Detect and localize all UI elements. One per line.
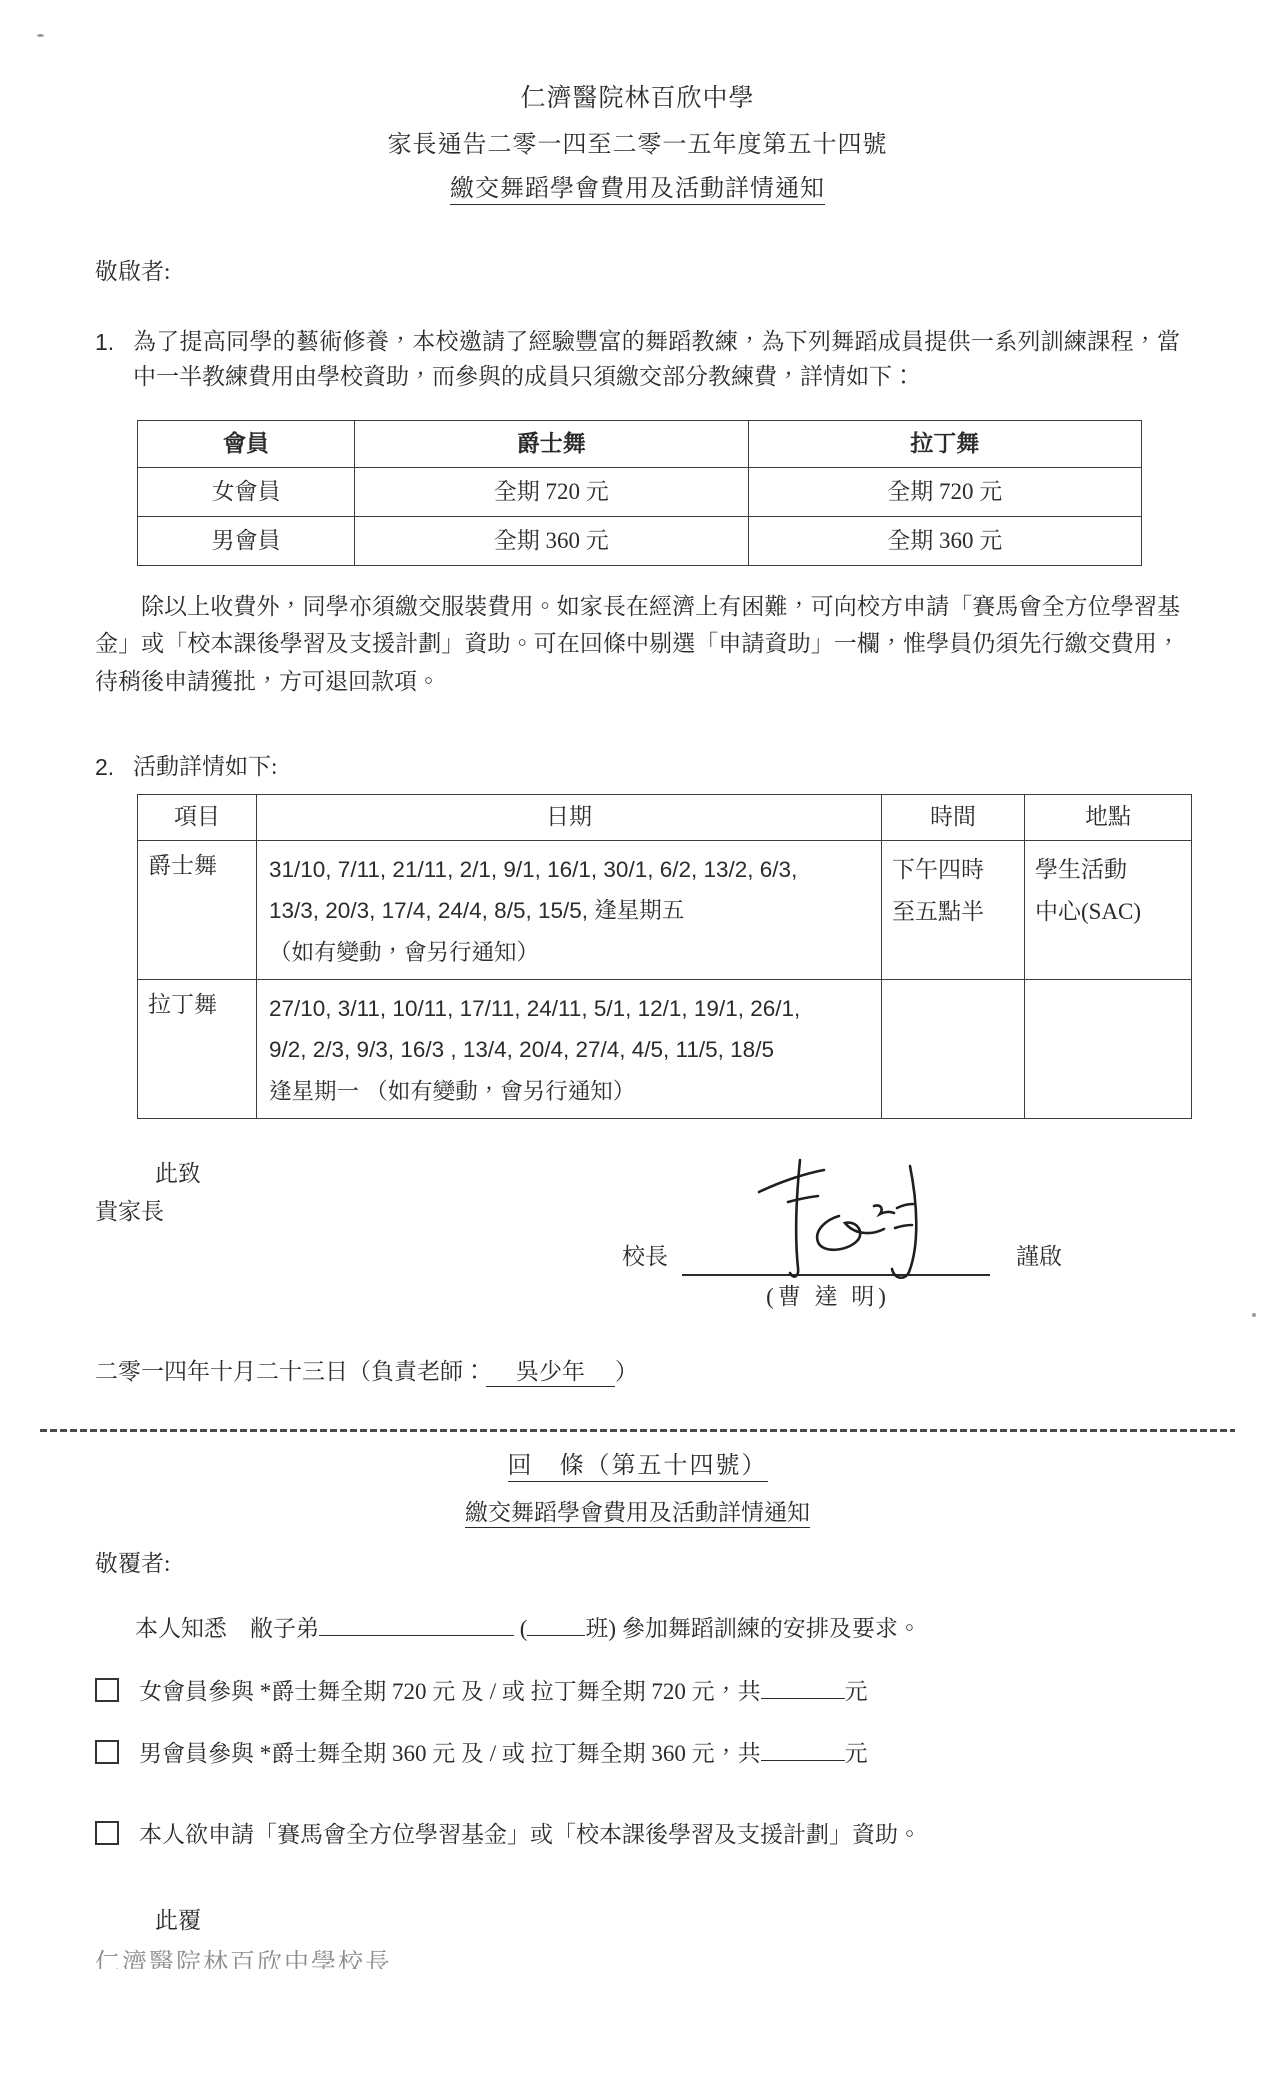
notice-document: 仁濟醫院林百欣中學 家長通告二零一四至二零一五年度第五十四號 繳交舞蹈學會費用及… (0, 0, 1274, 1969)
fee-table-header-row: 會員 爵士舞 拉丁舞 (138, 421, 1142, 468)
acknowledge-suffix: 參加舞蹈訓練的安排及要求。 (616, 1616, 921, 1641)
item-1-number: 1. (95, 325, 133, 394)
schedule-venue (1025, 979, 1192, 1118)
signature-row: 校長 謹啟 (622, 1240, 1092, 1277)
bottom-cut-off-line: 仁濟醫院林百欣中學校長 (95, 1945, 1180, 1969)
fee-header-jazz: 爵士舞 (355, 421, 749, 468)
schedule-dates: 27/10, 3/11, 10/11, 17/11, 24/11, 5/1, 1… (257, 979, 882, 1118)
scan-artifact (1252, 1313, 1256, 1317)
salutation: 敬啟者: (95, 255, 1180, 290)
list-item-2: 2. 活動詳情如下: (95, 750, 1180, 785)
fee-cell: 全期 720 元 (355, 468, 749, 517)
fee-cell: 男會員 (138, 517, 355, 566)
schedule-header-time: 時間 (882, 795, 1025, 841)
checkbox-label-text: 男會員參與 *爵士舞全期 360 元 及 / 或 拉丁舞全期 360 元，共 (139, 1741, 761, 1766)
checkbox-label-suffix: 元 (845, 1741, 868, 1766)
reply-cifu: 此覆 (155, 1904, 1180, 1939)
fee-cell: 全期 720 元 (748, 468, 1142, 517)
checkbox-row-subsidy: 本人欲申請「賽馬會全方位學習基金」或「校本課後學習及支援計劃」資助。 (95, 1818, 1180, 1853)
schedule-header-venue: 地點 (1025, 795, 1192, 841)
item-1-text: 為了提高同學的藝術修養，本校邀請了經驗豐富的舞蹈教練，為下列舞蹈成員提供一系列訓… (133, 325, 1180, 394)
class-label: 班) (585, 1616, 616, 1641)
checkbox-label: 本人欲申請「賽馬會全方位學習基金」或「校本課後學習及支援計劃」資助。 (139, 1818, 921, 1853)
checkbox-label: 男會員參與 *爵士舞全期 360 元 及 / 或 拉丁舞全期 360 元，共元 (139, 1736, 868, 1772)
class-blank (527, 1611, 585, 1636)
teacher-name-field: 吳少年 (486, 1359, 615, 1387)
schedule-header-row: 項目 日期 時間 地點 (138, 795, 1192, 841)
scan-artifact (37, 34, 44, 37)
item-2-text: 活動詳情如下: (133, 750, 1180, 785)
reply-slip-subject-text: 繳交舞蹈學會費用及活動詳情通知 (465, 1500, 810, 1528)
fee-header-member: 會員 (138, 421, 355, 468)
checkbox-row-female: 女會員參與 *爵士舞全期 720 元 及 / 或 拉丁舞全期 720 元，共元 (95, 1674, 1180, 1710)
schedule-time: 下午四時 至五點半 (882, 840, 1025, 979)
fee-table-row-male: 男會員 全期 360 元 全期 360 元 (138, 517, 1142, 566)
fee-cell: 女會員 (138, 468, 355, 517)
checkbox-label-text: 本人欲申請「賽馬會全方位學習基金」或「校本課後學習及支援計劃」資助。 (139, 1822, 921, 1847)
fee-header-latin: 拉丁舞 (748, 421, 1142, 468)
tear-off-separator (40, 1429, 1235, 1432)
schedule-venue: 學生活動 中心(SAC) (1025, 840, 1192, 979)
signature-block: 校長 謹啟 (曹 達 明) (622, 1240, 1092, 1315)
acknowledge-line: 本人知悉 敝子弟 (班) 參加舞蹈訓練的安排及要求。 (135, 1611, 1180, 1647)
note-paragraph: 除以上收費外，同學亦須繳交服裝費用。如家長在經濟上有困難，可向校方申請「賽馬會全… (95, 588, 1180, 700)
schedule-item: 拉丁舞 (138, 979, 257, 1118)
item-2-number: 2. (95, 750, 133, 785)
fee-table: 會員 爵士舞 拉丁舞 女會員 全期 720 元 全期 720 元 男會員 全期 … (137, 420, 1142, 566)
date-line: 二零一四年十月二十三日（負責老師：吳少年） (95, 1355, 1180, 1390)
reply-slip-title: 回 條（第五十四號） (95, 1448, 1180, 1484)
date-line-prefix: 二零一四年十月二十三日（負責老師： (95, 1359, 486, 1384)
schedule-table: 項目 日期 時間 地點 爵士舞 31/10, 7/11, 21/11, 2/1,… (137, 794, 1192, 1118)
reply-salutation: 敬覆者: (95, 1547, 1180, 1582)
schedule-time (882, 979, 1025, 1118)
schedule-header-item: 項目 (138, 795, 257, 841)
notice-subject: 繳交舞蹈學會費用及活動詳情通知 (95, 171, 1180, 207)
notice-number: 家長通告二零一四至二零一五年度第五十四號 (95, 127, 1180, 163)
schedule-dates: 31/10, 7/11, 21/11, 2/1, 9/1, 16/1, 30/1… (257, 840, 882, 979)
checkbox-label-text: 女會員參與 *爵士舞全期 720 元 及 / 或 拉丁舞全期 720 元，共 (139, 1679, 761, 1704)
principal-name: (曹 達 明) (622, 1280, 1092, 1315)
checkbox-icon (95, 1740, 119, 1764)
reply-slip-subject: 繳交舞蹈學會費用及活動詳情通知 (95, 1496, 1180, 1531)
closing-cizhi: 此致 (155, 1157, 1180, 1192)
signature-handwriting-image (704, 1156, 954, 1284)
amount-blank (761, 1736, 845, 1761)
schedule-row-jazz: 爵士舞 31/10, 7/11, 21/11, 2/1, 9/1, 16/1, … (138, 840, 1192, 979)
checkbox-icon (95, 1821, 119, 1845)
checkbox-icon (95, 1678, 119, 1702)
checkbox-row-male: 男會員參與 *爵士舞全期 360 元 及 / 或 拉丁舞全期 360 元，共元 (95, 1736, 1180, 1772)
school-name: 仁濟醫院林百欣中學 (95, 80, 1180, 118)
fee-cell: 全期 360 元 (355, 517, 749, 566)
principal-label: 校長 (622, 1240, 668, 1277)
fee-cell: 全期 360 元 (748, 517, 1142, 566)
signature-line (682, 1240, 990, 1276)
list-item-1: 1. 為了提高同學的藝術修養，本校邀請了經驗豐富的舞蹈教練，為下列舞蹈成員提供一… (95, 325, 1180, 394)
notice-subject-text: 繳交舞蹈學會費用及活動詳情通知 (450, 176, 825, 205)
date-line-suffix: ） (615, 1359, 638, 1384)
sign-off: 謹啟 (1016, 1240, 1062, 1277)
paren-open: ( (520, 1616, 528, 1641)
checkbox-label-suffix: 元 (845, 1679, 868, 1704)
acknowledge-prefix: 本人知悉 敝子弟 (135, 1616, 319, 1641)
reply-slip-title-text: 回 條（第五十四號） (508, 1453, 768, 1482)
schedule-item: 爵士舞 (138, 840, 257, 979)
checkbox-label: 女會員參與 *爵士舞全期 720 元 及 / 或 拉丁舞全期 720 元，共元 (139, 1674, 868, 1710)
fee-table-row-female: 女會員 全期 720 元 全期 720 元 (138, 468, 1142, 517)
schedule-header-date: 日期 (257, 795, 882, 841)
child-name-blank (319, 1611, 514, 1636)
document-page: { "header": { "school": "仁濟醫院林百欣中學", "no… (0, 0, 1274, 2100)
schedule-row-latin: 拉丁舞 27/10, 3/11, 10/11, 17/11, 24/11, 5/… (138, 979, 1192, 1118)
closing-recipient: 貴家長 (95, 1195, 1180, 1230)
amount-blank (761, 1674, 845, 1699)
